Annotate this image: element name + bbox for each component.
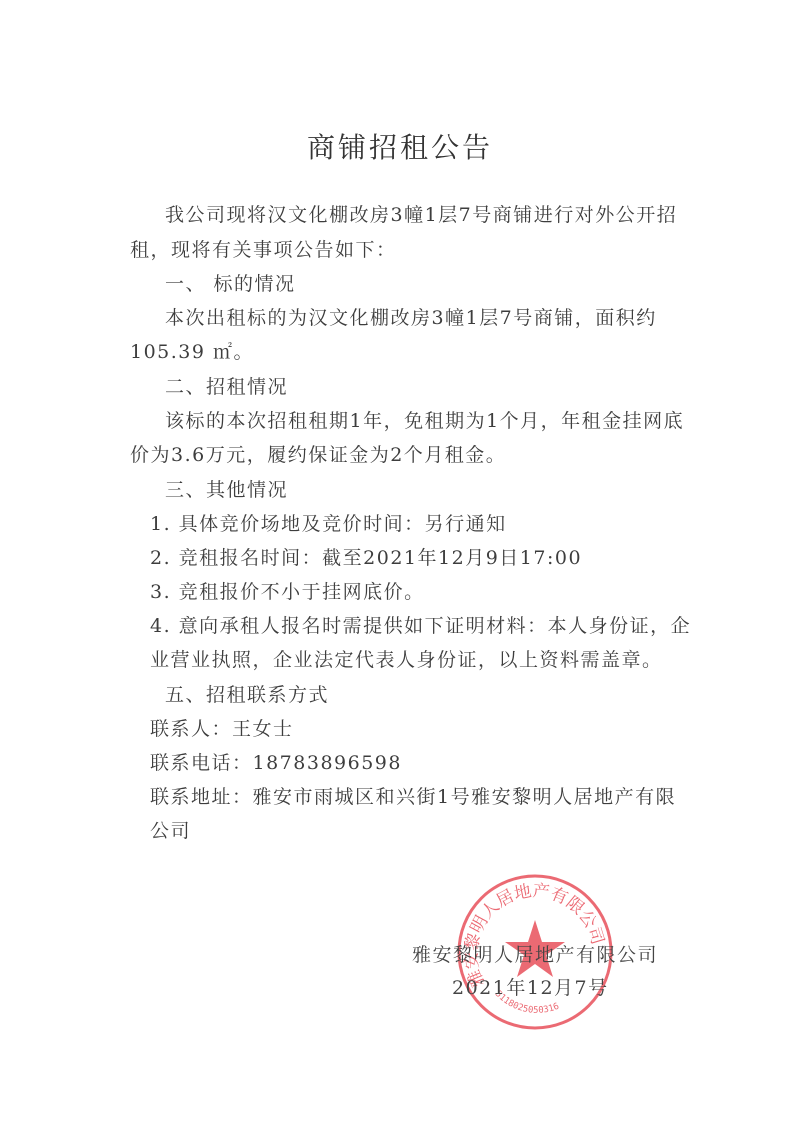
document-page: 商铺招租公告 我公司现将汉文化棚改房3幢1层7号商铺进行对外公开招租，现将有关事…: [0, 0, 800, 1131]
body-line: 二、招租情况: [165, 375, 288, 399]
body-line: 三、其他情况: [165, 478, 288, 502]
body-line: 该标的本次招租租期1年，免租期为1个月，年租金挂网底: [165, 409, 684, 433]
signature-date: 2021年12月7号: [452, 973, 609, 1000]
document-title: 商铺招租公告: [0, 126, 800, 166]
body-line: 本次出租标的为汉文化棚改房3幢1层7号商铺，面积约: [165, 306, 657, 330]
body-line: 联系人：王女士: [150, 717, 294, 741]
signature-company: 雅安黎明人居地产有限公司: [412, 940, 658, 967]
body-line: 公司: [150, 819, 191, 843]
body-line: 我公司现将汉文化棚改房3幢1层7号商铺进行对外公开招: [165, 203, 677, 227]
body-line: 一、 标的情况: [165, 272, 296, 296]
body-line: 105.39 ㎡。: [130, 340, 254, 364]
body-line: 价为3.6万元，履约保证金为2个月租金。: [130, 443, 506, 467]
body-line: 联系电话：18783896598: [150, 751, 402, 775]
body-line: 3. 竞租报价不小于挂网底价。: [150, 580, 425, 604]
body-line: 4. 意向承租人报名时需提供如下证明材料：本人身份证，企: [150, 614, 691, 638]
body-line: 联系地址：雅安市雨城区和兴街1号雅安黎明人居地产有限: [150, 785, 676, 809]
body-line: 2. 竞租报名时间：截至2021年12月9日17:00: [150, 546, 582, 570]
body-line: 1. 具体竞价场地及竞价时间：另行通知: [150, 512, 507, 536]
body-line: 业营业执照，企业法定代表人身份证，以上资料需盖章。: [150, 648, 663, 672]
body-line: 租，现将有关事项公告如下：: [130, 238, 397, 262]
body-line: 五、招租联系方式: [165, 683, 329, 707]
